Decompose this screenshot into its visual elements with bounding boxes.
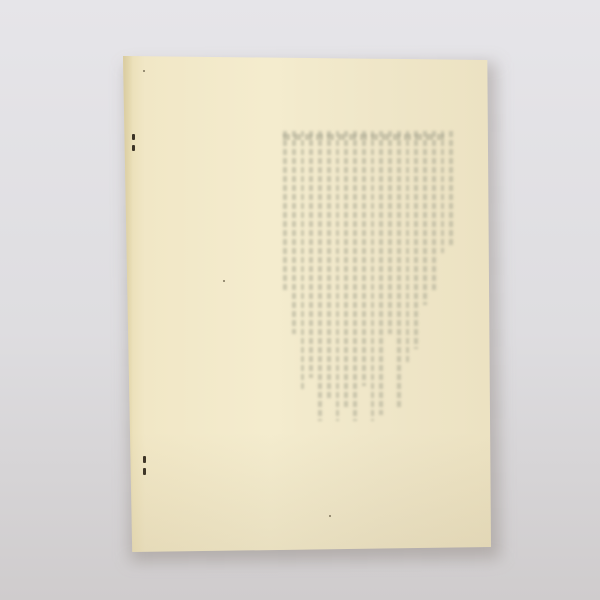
show-through-column (432, 131, 436, 291)
show-through-column (318, 131, 322, 421)
show-through-column (362, 131, 366, 386)
staple-bottom-b (143, 468, 146, 475)
show-through-column (353, 131, 357, 421)
show-through-column (449, 131, 453, 247)
show-through-column (336, 131, 340, 421)
show-through-column (327, 131, 331, 398)
show-through-column (371, 131, 375, 421)
show-through-column (397, 131, 401, 407)
show-through-column (423, 131, 427, 305)
staple-top-b (132, 145, 135, 151)
staple-top-a (132, 134, 135, 140)
paper-speck (223, 280, 225, 282)
show-through-column (414, 131, 418, 349)
show-through-column (301, 131, 305, 392)
show-through-column (283, 131, 287, 291)
show-through-column (309, 131, 313, 378)
paper-speck (143, 70, 145, 72)
staple-bottom-a (143, 456, 146, 463)
show-through-column (379, 131, 383, 415)
show-through-column (344, 131, 348, 409)
photo-scene (0, 0, 600, 600)
booklet-back-cover (123, 56, 491, 552)
show-through-column (406, 131, 410, 363)
show-through-column (441, 131, 445, 253)
show-through-column (388, 131, 392, 334)
paper-speck (329, 515, 331, 517)
show-through-text-columns (283, 131, 453, 421)
show-through-column (292, 131, 296, 334)
